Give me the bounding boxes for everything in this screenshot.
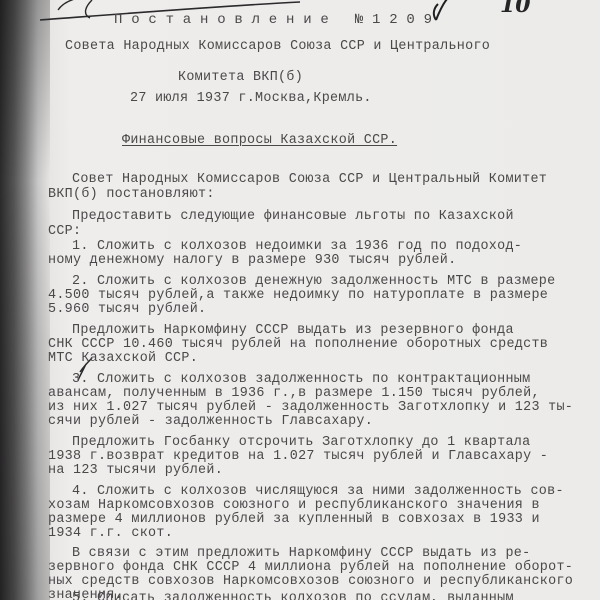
body-line: размере 4 миллионов рублей за купленный … — [48, 513, 540, 527]
body-line: ВКП(б) постановляют: — [48, 188, 215, 202]
body-line: Совет Народных Комиссаров Союза ССР и Це… — [72, 173, 547, 187]
body-line: МТС Казахской ССР. — [48, 352, 198, 366]
body-line: 1938 г.возврат кредитов на 1.027 тысяч р… — [48, 450, 548, 464]
body-line: 5.960 тысяч рублей. — [48, 303, 206, 317]
body-line: Предложить Наркомфину СССР выдать из рез… — [72, 324, 514, 338]
date-place: 27 июля 1937 г.Москва,Кремль. — [130, 92, 372, 106]
body-line: СНК СССР 10.460 тысяч рублей на пополнен… — [48, 338, 548, 352]
subject-heading: Финансовые вопросы Казахской ССР. — [122, 134, 397, 148]
issuer-line-2: Комитета ВКП(б) — [178, 71, 303, 85]
body-line: сячи рублей - задолженность Главсахару. — [48, 415, 373, 429]
body-line: 1934 г.г. скот. — [48, 527, 173, 541]
body-line: 4.500 тысяч рублей,а также недоимку по н… — [48, 289, 548, 303]
body-line: на 123 тысячи рублей. — [48, 464, 223, 478]
body-line: Предоставить следующие финансовые льготы… — [72, 210, 514, 224]
document-title: Постановление №1209 — [114, 13, 441, 27]
body-line: 4. Сложить с колхозов числящуюся за ними… — [72, 485, 564, 499]
body-line: ных средств совхозов Наркомсовхозов союз… — [48, 575, 573, 589]
handwritten-page-number: 10 — [500, 0, 531, 18]
issuer-line-1: Совета Народных Комиссаров Союза ССР и Ц… — [65, 40, 490, 54]
body-line: авансам, полученным в 1936 г.,в размере … — [48, 387, 540, 401]
body-line: Предложить Госбанку отсрочить Заготхлопк… — [72, 436, 530, 450]
body-line: 5. Списать задолженность колхозов по ссу… — [72, 592, 514, 600]
body-line: зервного фонда СНК СССР 4 миллиона рубле… — [48, 561, 573, 575]
body-line: хозам Наркомсовхозов союзного и республи… — [48, 499, 540, 513]
body-line: ССР: — [48, 225, 81, 239]
body-line: В связи с этим предложить Наркомфину ССС… — [72, 547, 530, 561]
body-line: ному денежному налогу в размере 930 тыся… — [48, 254, 456, 268]
body-line: 1. Сложить с колхозов недоимки за 1936 г… — [72, 240, 522, 254]
body-line: 2. Сложить с колхозов денежную задолженн… — [72, 275, 555, 289]
body-line: 3. Сложить с колхозов задолженность по к… — [72, 373, 530, 387]
scanned-page: 10 Постановление №1209 Совета Народных К… — [0, 0, 600, 600]
body-line: из них 1.027 тысяч рублей - задолженност… — [48, 401, 573, 415]
